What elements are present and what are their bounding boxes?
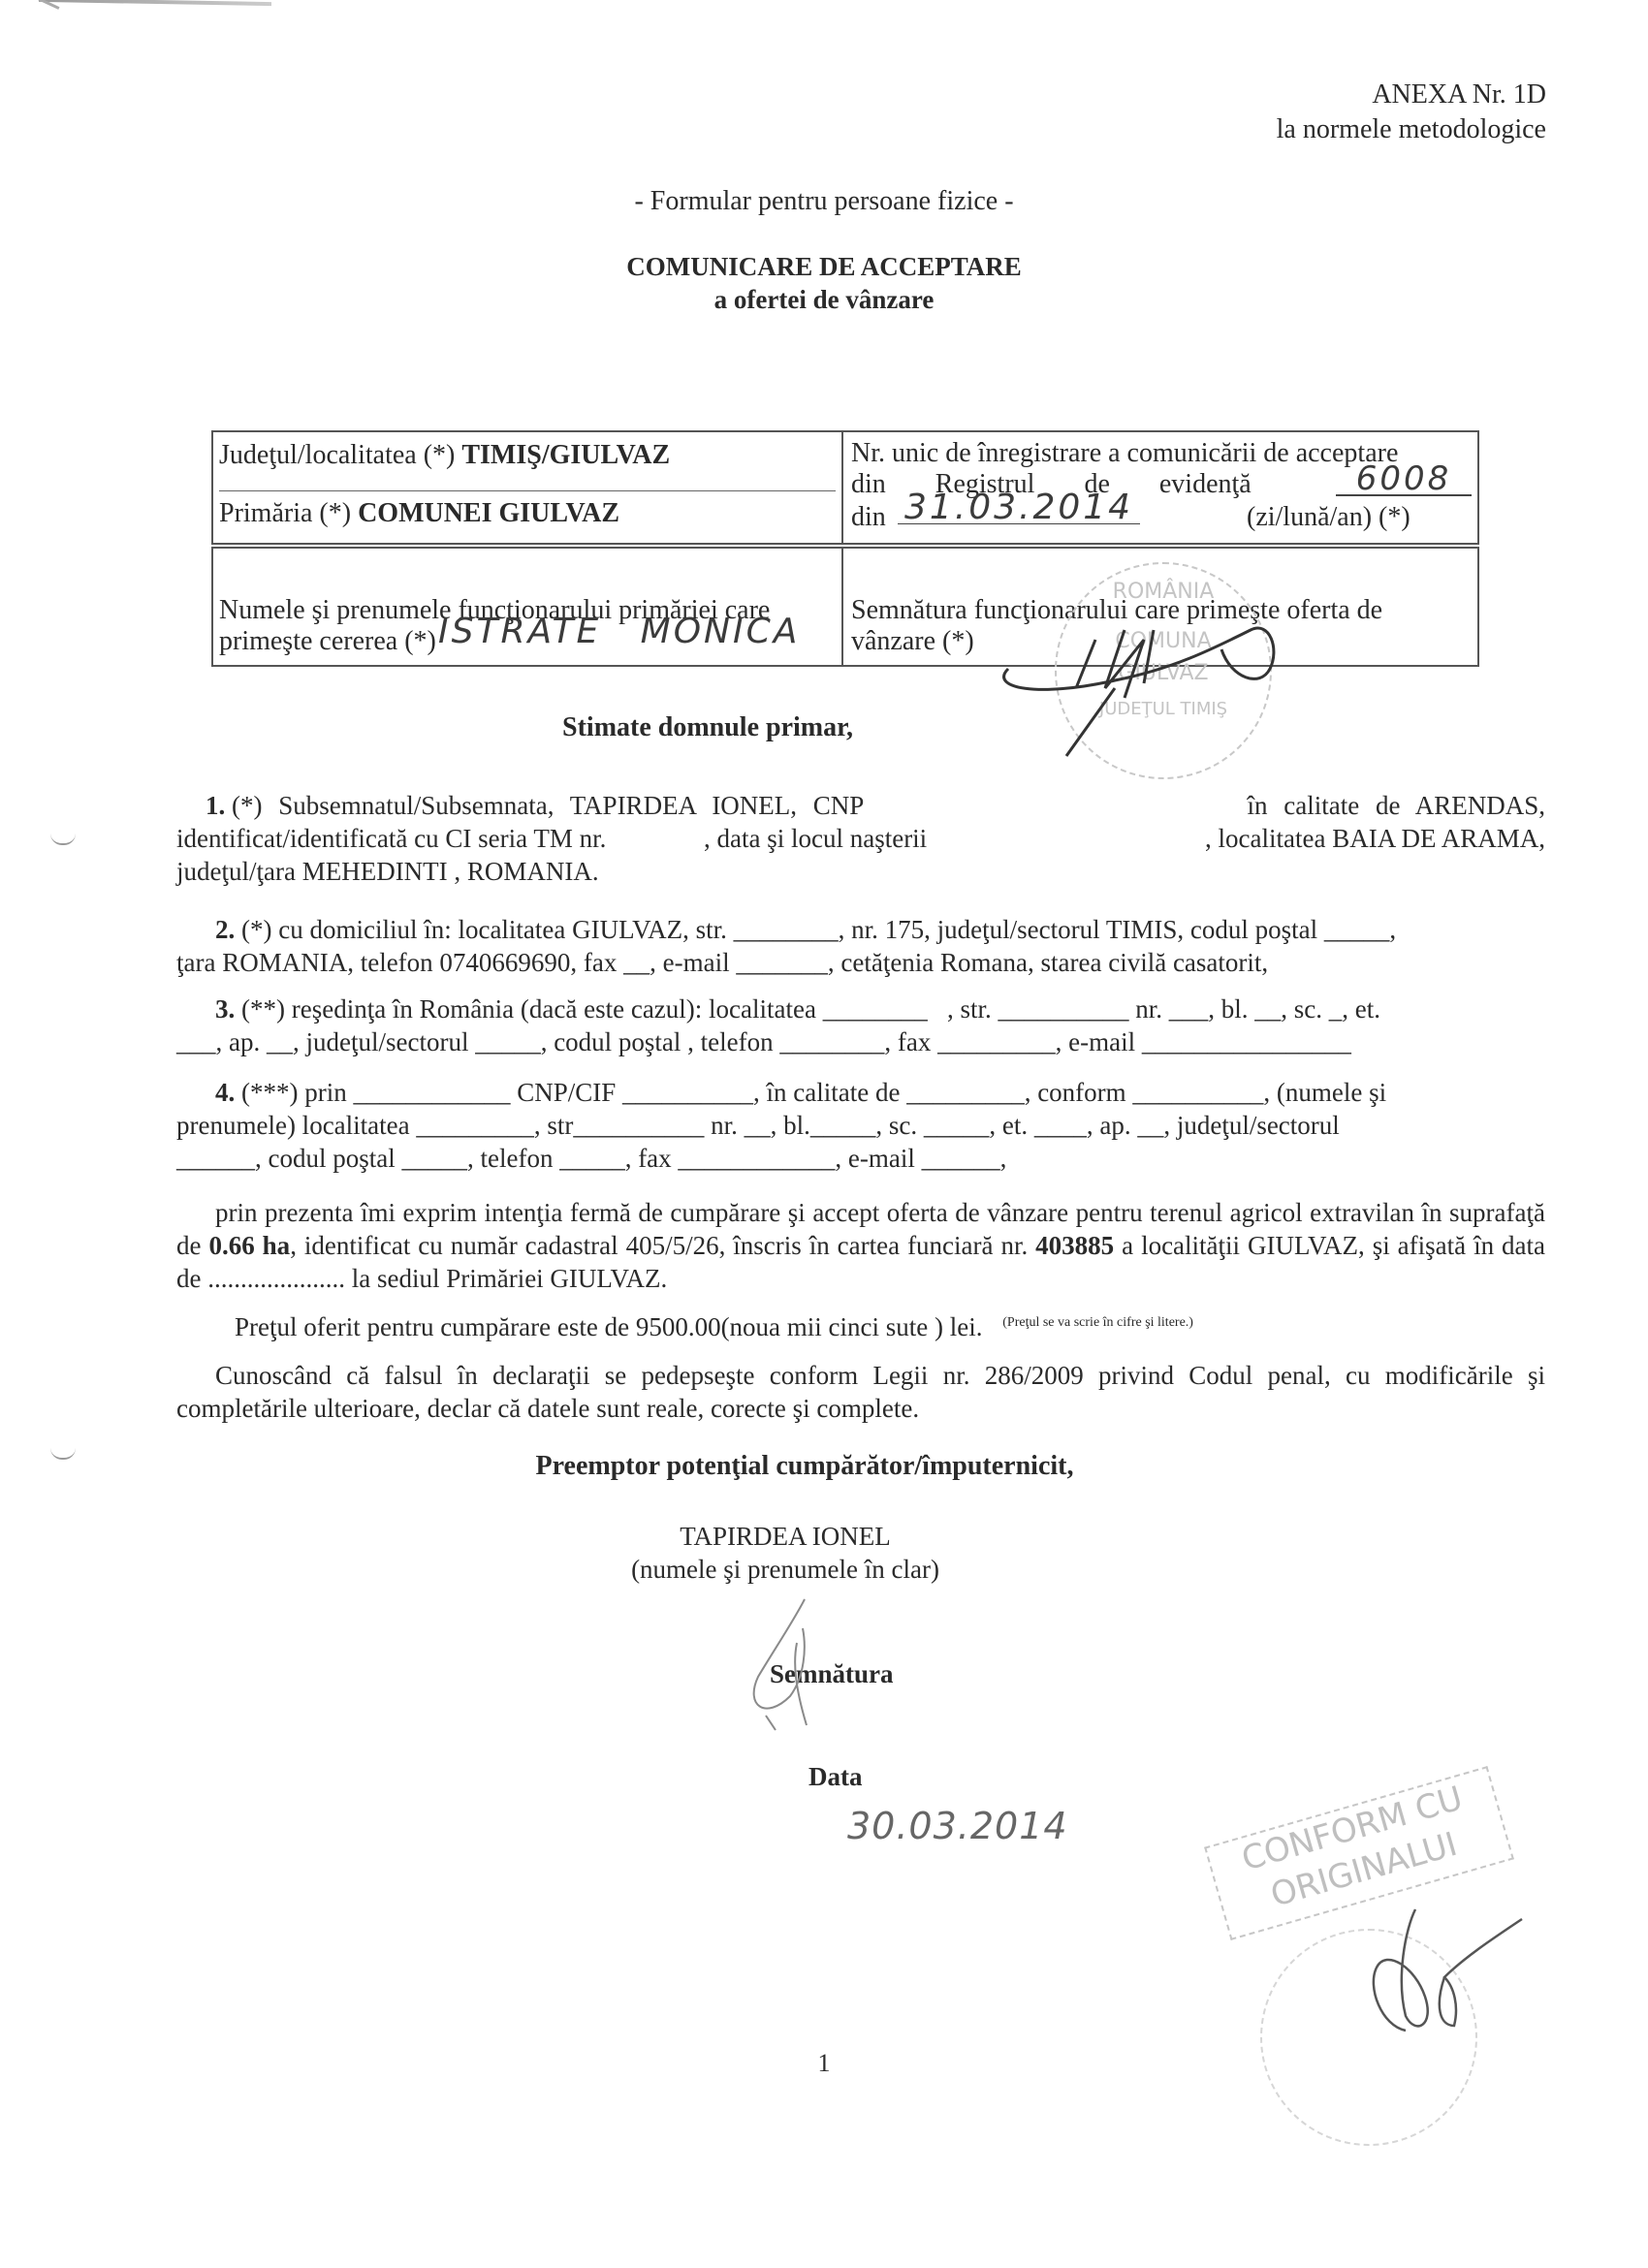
section-3: 3. (**) reşedinţa în România (dacă este … <box>176 992 1545 1058</box>
offered-price: Preţul oferit pentru cumpărare este de 9… <box>235 1312 1193 1342</box>
land-book-number: 403885 <box>1035 1231 1114 1260</box>
purchase-intent: prin prezenta îmi exprim intenţia fermă … <box>176 1196 1545 1295</box>
scan-artifact <box>39 0 271 6</box>
signer-name-hint: (numele şi prenumele în clar) <box>0 1553 1609 1586</box>
annex-number: ANEXA Nr. 1D <box>1277 78 1546 112</box>
greeting: Stimate domnule primar, <box>0 711 1532 744</box>
document-title: COMUNICARE DE ACCEPTARE a ofertei de vân… <box>0 250 1648 316</box>
registration-label: Nr. unic de înregistrare a comunicării d… <box>851 438 1398 469</box>
margin-mark <box>50 834 76 845</box>
section-4: 4. (***) prin ____________ CNP/CIF _____… <box>176 1076 1545 1175</box>
title-line-1: COMUNICARE DE ACCEPTARE <box>0 250 1648 283</box>
registration-box: Nr. unic de înregistrare a comunicării d… <box>841 430 1479 545</box>
certifier-signature <box>1338 1880 1532 2074</box>
land-area: 0.66 ha <box>208 1231 290 1260</box>
legal-statement: Cunoscând că falsul în declaraţii se ped… <box>176 1359 1545 1425</box>
location-box: Judeţul/localitatea (*) TIMIŞ/GIULVAZ Pr… <box>211 430 843 545</box>
date-format-hint: (zi/lună/an) (*) <box>1247 502 1410 533</box>
signer-name: TAPIRDEA IONEL <box>0 1520 1609 1553</box>
county-value: TIMIŞ/GIULVAZ <box>461 440 670 470</box>
clerk-name: ISTRATE MONICA <box>438 616 800 647</box>
annex-reference: ANEXA Nr. 1D la normele metodologice <box>1277 78 1546 147</box>
date-label: din <box>851 502 886 533</box>
annex-subtitle: la normele metodologice <box>1277 112 1546 147</box>
section-2: 2. (*) cu domiciliul în: localitatea GIU… <box>176 913 1545 979</box>
title-line-2: a ofertei de vânzare <box>0 283 1648 316</box>
townhall-value: COMUNEI GIULVAZ <box>358 498 619 528</box>
townhall-field: Primăria (*) COMUNEI GIULVAZ <box>219 498 619 529</box>
price-note: (Preţul se va scrie în cifre şi litere.) <box>1002 1315 1193 1330</box>
date-label: Data <box>808 1762 863 1792</box>
clerk-label-2: primeşte cererea (*) <box>219 626 436 657</box>
section-1: 1. (*) Subsemnatul/Subsemnata, TAPIRDEA … <box>215 789 1545 888</box>
buyer-signature <box>737 1590 853 1735</box>
clerk-signature-label-2: vânzare (*) <box>851 626 974 657</box>
registration-number: 6008 <box>1336 463 1472 496</box>
signed-date: 30.03.2014 <box>847 1805 1068 1847</box>
form-subtitle: - Formular pentru persoane fizice - <box>0 186 1648 217</box>
county-field: Judeţul/localitatea (*) TIMIŞ/GIULVAZ <box>219 440 670 471</box>
registration-date: 31.03.2014 <box>898 492 1140 524</box>
signer-role: Preemptor potenţial cumpărător/împuterni… <box>0 1450 1629 1483</box>
page-number: 1 <box>0 2047 1648 2080</box>
clerk-name-box: Numele şi prenumele funcţionarului primă… <box>211 547 843 667</box>
